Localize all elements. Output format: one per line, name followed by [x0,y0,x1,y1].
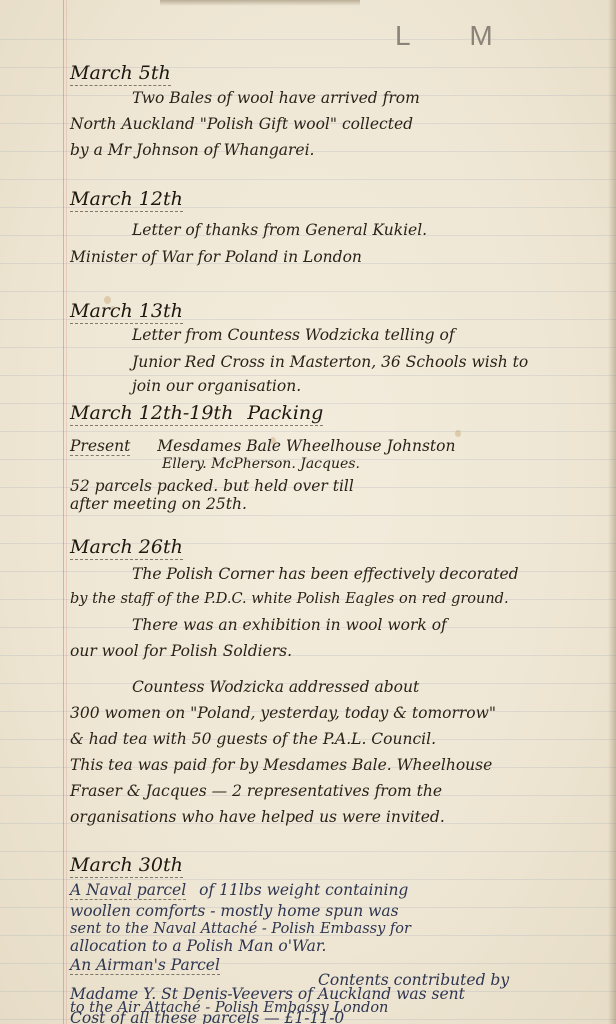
entry-text-line: & had tea with 50 guests of the P.A.L. C… [70,729,436,749]
entry-text-line: of 11lbs weight containing [199,881,408,899]
entry-text-line: by the staff of the P.D.C. white Polish … [70,589,509,609]
entry-text-line: The Polish Corner has been effectively d… [132,564,519,584]
airman-parcel-heading-text: An Airman's Parcel [70,956,220,975]
entry-text-line: Two Bales of wool have arrived from [132,88,420,108]
entry-text-line: organisations who have helped us were in… [70,807,445,827]
entry-text-line: This tea was paid for by Mesdames Bale. … [70,755,492,775]
entry-date: March 13th [70,300,183,324]
margin-rule [63,0,64,1024]
present-names-continued: Ellery. McPherson. Jacques. [162,454,360,474]
cost-total-line: Cost of all these parcels — £1-11-0 [70,1008,344,1024]
entry-text-line: 300 women on "Poland, yesterday, today &… [70,703,496,723]
entry-date: March 12th-19th Packing [70,402,323,426]
entry-text-line: woollen comforts - mostly home spun was [70,901,399,921]
entry-date: March 12th [70,188,183,212]
entry-date: March 26th [70,536,183,560]
entry-text-line: Minister of War for Poland in London [70,247,362,267]
entry-text-line: North Auckland "Polish Gift wool" collec… [70,114,413,134]
ledger-page: L M March 5th Two Bales of wool have arr… [0,0,616,1024]
naval-parcel-row: A Naval parcel of 11lbs weight containin… [70,880,408,900]
entry-text-line: our wool for Polish Soldiers. [70,641,292,661]
margin-rule-secondary [66,0,67,1024]
present-names: Mesdames Bale Wheelhouse Johnston [157,437,455,455]
airman-parcel-heading: An Airman's Parcel [70,955,220,975]
entry-date-text: March 12th-19th [70,402,233,424]
entry-text-line: Letter from Countess Wodzicka telling of [132,325,455,345]
entry-date: March 5th [70,62,171,86]
entry-text-line: join our organisation. [132,376,301,396]
entry-text-line: Junior Red Cross in Masterton, 36 School… [132,352,528,372]
entry-text-line: 52 parcels packed. but held over till [70,476,354,496]
entry-text-line: after meeting on 25th. [70,494,247,514]
binding-shadow [160,0,360,6]
entry-text-line: Fraser & Jacques — 2 representatives fro… [70,781,442,801]
entry-text-line: There was an exhibition in wool work of [132,615,447,635]
present-label: Present [70,437,130,456]
naval-parcel-heading: A Naval parcel [70,881,186,900]
entry-text-line: allocation to a Polish Man o'War. [70,936,326,956]
entry-date: March 30th [70,854,183,878]
stain-mark [455,430,461,437]
entry-text-line: Letter of thanks from General Kukiel. [132,220,427,240]
page-edge-shadow [608,0,616,1024]
entry-heading: Packing [247,402,323,424]
entry-text-line: by a Mr Johnson of Whangarei. [70,140,314,160]
entry-text-line: Countess Wodzicka addressed about [132,677,419,697]
pencil-annotation: L M [395,20,519,52]
present-row: Present Mesdames Bale Wheelhouse Johnsto… [70,436,455,456]
